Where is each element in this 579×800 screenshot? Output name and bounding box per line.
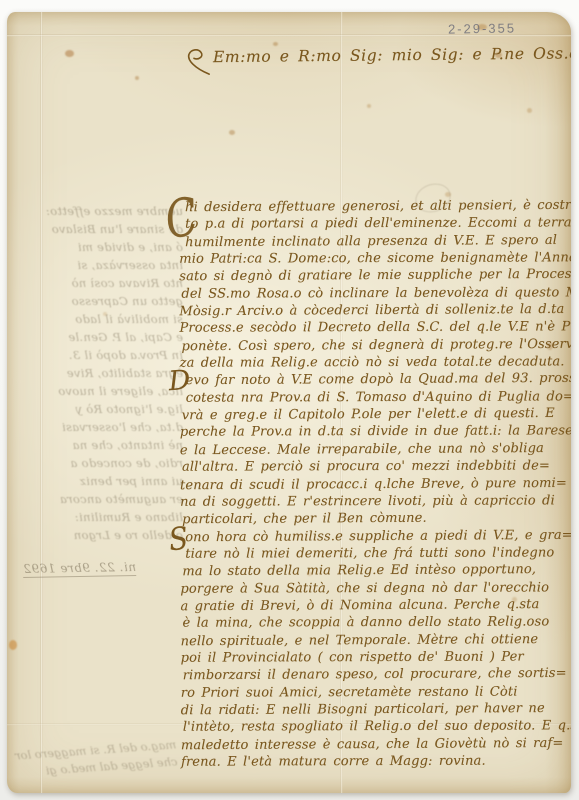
bleedthrough-line: in Prov.a dopò il 3. (9, 346, 183, 364)
bleedthrough-line: de sinare l'un Bislavo (9, 220, 183, 238)
manuscript-line: vrà e greg.e il Capitolo P.ole per l'ele… (182, 405, 571, 425)
manuscript-line: l'intèto, resta spogliato il Relig.o del… (183, 718, 571, 737)
manuscript-line: sato si degnò di gratiare le mie supplic… (179, 266, 571, 286)
bleedthrough-line: si mobilivà il lado (9, 310, 183, 328)
manuscript-line: particolari, che per il Ben còmune. (182, 509, 571, 529)
manuscript-line: perche la Prov.a in d.ta si divide in du… (180, 423, 571, 442)
manuscript-line: poi il Provincialato ( con rispetto de' … (181, 648, 571, 667)
manuscript-line: maledetto interesse è causa, che la Giov… (181, 734, 571, 754)
bleedthrough-line: getto un Capresso (9, 292, 183, 310)
manuscript-line: humilmente inclinato alla presenza di V.… (181, 231, 571, 251)
manuscript-line: hi desidera effettuare generosi, et alti… (179, 197, 571, 217)
bleedthrough-line: nto Rivava così nò (9, 274, 183, 292)
letter-body: C hi desidera effettuare generosi, et al… (179, 197, 571, 771)
bleedthrough-line: e Capi, al P. Gen.le (9, 328, 183, 346)
manuscript-line: rimborzarsi il denaro speso, col procura… (183, 665, 571, 685)
bleedthrough-bottom-note: mag.o del R. si maggero lor P.che legge … (14, 736, 178, 781)
bleedthrough-line: lig.e l'ignoto Rò y (9, 400, 183, 418)
manuscript-line: evo far noto à V.E come dopò la Quad.ma … (180, 370, 571, 390)
bleedthrough-line: d.ta, che l'osservasi (9, 418, 183, 436)
salutation-line: Em:mo e R:mo Sig: mio Sig: e P.ne Oss.e … (185, 42, 571, 77)
manuscript-line: ponète. Così spero, che si degnerà di pr… (181, 336, 571, 356)
bleedthrough-line: ó ani, e divide mi (9, 238, 183, 256)
manuscript-line: na di soggetti. E r'estrincere livoti, p… (180, 492, 571, 511)
manuscript-line: Process.e secòdo il Decreto della S.C. d… (179, 319, 571, 338)
paragraph-3: S ono hora cò humiliss.e suppliche a pie… (180, 527, 571, 771)
manuscript-line: tenara di scudi il procacc.i q.lche Brev… (180, 474, 571, 494)
manuscript-page: 2-29-355 Em:mo e R:mo Sig: mio Sig: e P.… (7, 12, 571, 793)
bleedthrough-line: uembre mezzo effetto: (9, 202, 183, 220)
manuscript-line: a gratie di Brevi, ò di Nomina alcuna. P… (180, 596, 571, 616)
bleedthrough-line: inta osservàza, si (9, 256, 183, 274)
manuscript-line: frena. E l'età matura corre a Magg: rovi… (181, 752, 571, 771)
manuscript-line: ono hora cò humiliss.e suppliche a piedi… (180, 526, 571, 546)
bleedthrough-line: ègra stabilito, Rive (9, 364, 183, 382)
manuscript-line: Mòsig.r Arciv.o à còcederci libertà di s… (179, 301, 571, 321)
manuscript-line: all'altra. E perciò si procura co' mezzi… (182, 457, 571, 476)
bleedthrough-line: rdio, de concedo a (9, 454, 183, 472)
salutation-text: Em:mo e R:mo Sig: mio Sig: e P.ne Oss.e … (213, 44, 571, 67)
paragraph-2: D evo far noto à V.E come dopò la Quad.m… (180, 371, 571, 528)
bleedthrough-line: er augumèto ancora (9, 490, 183, 508)
bleedthrough-line: lica, eligere il nuovo (9, 382, 183, 400)
manuscript-scan: 2-29-355 Em:mo e R:mo Sig: mio Sig: e P.… (0, 0, 579, 800)
bleedthrough-line: ui anni per beniz (9, 472, 183, 490)
manuscript-line: to p.a di portarsi a piedi dell'eminenze… (179, 215, 571, 234)
bleedthrough-line: libano e Rumilini: (9, 508, 183, 526)
bleedthrough-date: ni. 22. 9bre 1692 (23, 560, 136, 578)
manuscript-line: è la mina, che scoppia à danno dello sta… (182, 614, 571, 633)
manuscript-line: ma lo stato della mia Relig.e Ed intèso … (182, 561, 571, 581)
paragraph-1: C hi desidera effettuare generosi, et al… (179, 197, 571, 372)
bleedthrough-line: o dello ro e Lrgon (9, 526, 183, 544)
manuscript-line: tiare nò li miei demeriti, che frá tutti… (180, 544, 571, 563)
manuscript-line: del SS.mo Rosa.o cò inclinare la benevol… (181, 284, 571, 303)
manuscript-line: ro Priori suoi Amici, secretamète restan… (181, 683, 571, 702)
manuscript-line: e la Leccese. Male irreparabile, che una… (180, 440, 571, 460)
manuscript-line: cotesta nra Prov.a di S. Tomaso d'Aquino… (180, 388, 571, 407)
bleedthrough-line: nè intanto, che na (9, 436, 183, 454)
manuscript-line: nello spirituale, e nel Temporale. Mètre… (180, 630, 571, 650)
calligraphic-flourish-icon (185, 46, 211, 76)
manuscript-line: di la ridati: E nelli Bisogni particolar… (181, 700, 571, 720)
archive-number-stamp: 2-29-355 (448, 20, 516, 36)
manuscript-line: porgere à Sua Sàtità, che si degna nò da… (180, 579, 571, 598)
verso-bleedthrough-text: uembre mezzo effetto:de sinare l'un Bisl… (9, 202, 183, 564)
